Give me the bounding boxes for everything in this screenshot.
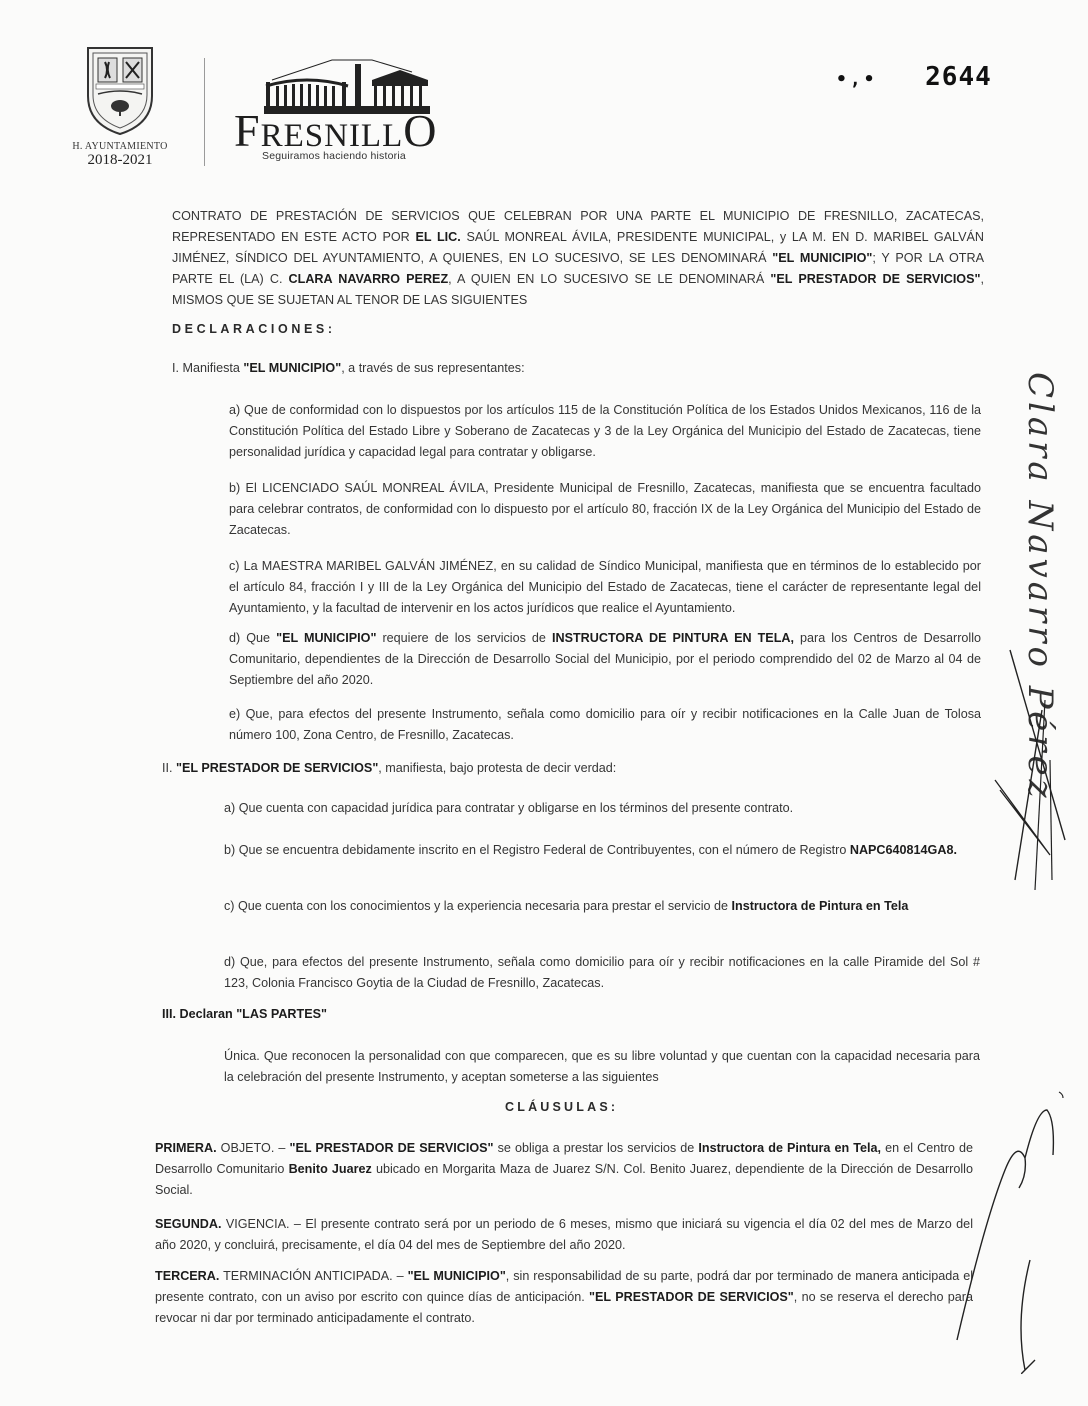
clause-text: OBJETO. – [217,1141,290,1155]
declaracion-i-b: b) El LICENCIADO SAÚL MONREAL ÁVILA, Pre… [229,478,981,541]
preamble-text: , A QUIEN EN LO SUCESIVO SE LE DENOMINAR… [448,272,770,286]
item-text: b) Que se encuentra debidamente inscrito… [224,843,850,857]
party-municipio: "EL MUNICIPIO" [408,1269,506,1283]
clause-text: TERMINACIÓN ANTICIPADA. – [219,1269,407,1283]
clausulas-heading: CLÁUSULAS: [505,1100,618,1114]
folio-number: 2644 [925,62,992,92]
party-municipio: "EL MUNICIPIO" [243,361,341,375]
party-prestador: "EL PRESTADOR DE SERVICIOS" [289,1141,493,1155]
preamble-lic: EL LIC. [415,230,460,244]
contract-preamble: CONTRATO DE PRESTACIÓN DE SERVICIOS QUE … [172,206,984,311]
brand-tagline: Seguiramos haciendo historia [262,150,406,162]
clausula-segunda: SEGUNDA. VIGENCIA. – El presente contrat… [155,1214,973,1256]
declaracion-ii-d: d) Que, para efectos del presente Instru… [224,952,980,994]
wordmark-initial: F [234,105,261,156]
bottom-signature-stroke-icon [955,1080,1075,1380]
party-prestador: "EL PRESTADOR DE SERVICIOS" [176,761,378,775]
clausula-primera: PRIMERA. OBJETO. – "EL PRESTADOR DE SERV… [155,1138,973,1201]
folio-marks: •,• [836,69,878,90]
clause-text: se obliga a prestar los servicios de [494,1141,699,1155]
declaracion-iii-heading: III. Declaran "LAS PARTES" [162,1004,962,1025]
party-prestador: "EL PRESTADOR DE SERVICIOS" [770,272,980,286]
margin-signature-scribble-icon [990,640,1080,890]
service-name: Instructora de Pintura en Tela [732,899,909,913]
declaraciones-heading: DECLARACIONES: [172,322,336,336]
item-text: d) Que [229,631,276,645]
item-text: requiere de los servicios de [376,631,552,645]
clause-label: SEGUNDA. [155,1217,221,1231]
wordmark-final: O [403,105,437,156]
section-number: III. Declaran [162,1007,236,1021]
declaracion-i-c: c) La MAESTRA MARIBEL GALVÁN JIMÉNEZ, en… [229,556,981,619]
folio-stamp: •,• 2644 [836,62,992,92]
section-text: , manifiesta, bajo protesta de decir ver… [378,761,616,775]
declaracion-ii-a: a) Que cuenta con capacidad jurídica par… [224,798,980,819]
declaracion-iii-unica: Única. Que reconocen la personalidad con… [224,1046,980,1088]
item-text: c) Que cuenta con los conocimientos y la… [224,899,732,913]
section-text: , a través de sus representantes: [341,361,524,375]
party-prestador: "EL PRESTADOR DE SERVICIOS" [589,1290,794,1304]
party-municipio: "EL MUNICIPIO" [772,251,872,265]
clause-label: PRIMERA. [155,1141,217,1155]
municipal-crest-logo [82,44,158,136]
declaracion-i-d: d) Que "EL MUNICIPIO" requiere de los se… [229,628,981,691]
party-municipio: "EL MUNICIPIO" [276,631,376,645]
section-number: II. [162,761,176,775]
declaracion-i-a: a) Que de conformidad con lo dispuestos … [229,400,981,463]
service-name: INSTRUCTORA DE PINTURA EN TELA, [552,631,794,645]
declaracion-i-e: e) Que, para efectos del presente Instru… [229,704,981,746]
rfc-number: NAPC640814GA8. [850,843,957,857]
section-number: I. Manifiesta [172,361,243,375]
header-divider [204,58,205,166]
declaracion-ii-heading: II. "EL PRESTADOR DE SERVICIOS", manifie… [162,758,962,779]
party-name: CLARA NAVARRO PEREZ [289,272,449,286]
center-name: Benito Juarez [289,1162,372,1176]
ayuntamiento-label: H. AYUNTAMIENTO 2018-2021 [62,142,178,168]
clause-label: TERCERA. [155,1269,219,1283]
clause-text: VIGENCIA. – El presente contrato será po… [155,1217,973,1252]
party-las-partes: "LAS PARTES" [236,1007,327,1021]
ayuntamiento-title: H. AYUNTAMIENTO [62,142,178,152]
fresnillo-wordmark: FRESNILLO [234,108,438,154]
service-name: Instructora de Pintura en Tela, [698,1141,881,1155]
declaracion-ii-c: c) Que cuenta con los conocimientos y la… [224,896,980,917]
wordmark-middle: RESNILL [261,118,404,154]
declaracion-i-heading: I. Manifiesta "EL MUNICIPIO", a través d… [172,358,972,379]
clausula-tercera: TERCERA. TERMINACIÓN ANTICIPADA. – "EL M… [155,1266,973,1329]
ayuntamiento-years: 2018-2021 [62,153,178,168]
declaracion-ii-b: b) Que se encuentra debidamente inscrito… [224,840,980,861]
